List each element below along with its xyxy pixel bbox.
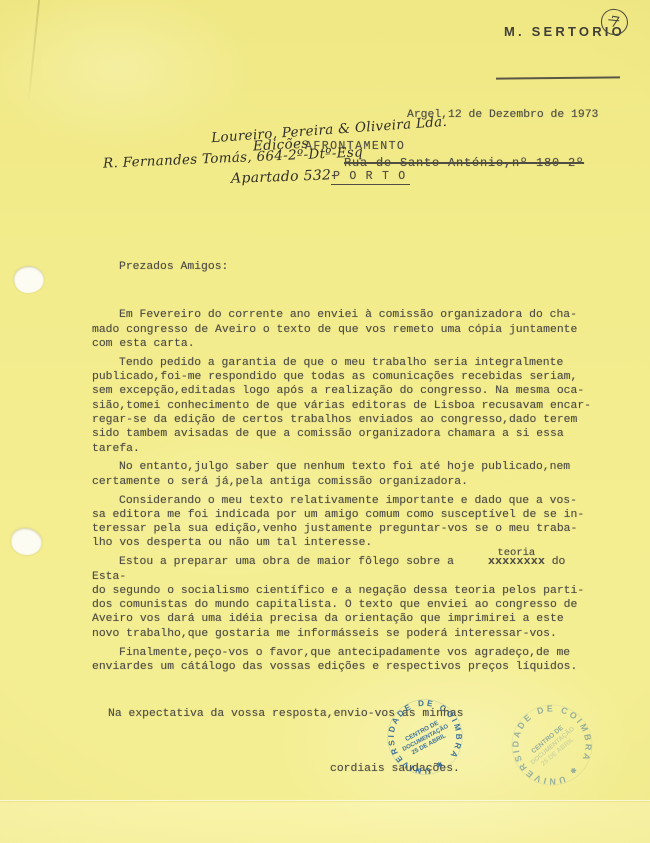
letter-line: sido tambem avisadas de que a comissão o… [92,427,594,441]
letter-paragraph: Estou a preparar uma obra de maior fôleg… [92,555,594,641]
letter-line: Aveiro vos dará uma idéia precisa da ori… [92,612,594,626]
punch-hole-top [12,264,45,295]
typed-overstrike-correction: teoriaxxxxxxxx [461,555,545,569]
letter-line: Estou a preparar uma obra de maior fôleg… [92,555,594,584]
letter-line: sa editora me foi indicada por um amigo … [92,508,594,522]
letter-line: dos comunistas do mundo capitalista. O t… [92,598,594,612]
letter-paragraph: Finalmente,peço-vos o favor,que antecipa… [92,646,594,675]
letter-line: Considerando o meu texto relativamente i… [92,494,594,508]
letter-line: Tendo pedido a garantia de que o meu tra… [92,356,594,370]
letter-line: novo trabalho,que gostaria me informásse… [92,627,594,641]
page-number: 7 [608,12,621,31]
letter-paragraph: No entanto,julgo saber que nenhum texto … [92,460,594,489]
letter-line: sem excepção,editadas logo após a realiz… [92,384,594,398]
letter-line: do segundo o socialismo científico e a n… [92,584,594,598]
paper-crease-diagonal [27,0,40,104]
letter-paragraphs: Em Fevereiro do corrente ano enviei à co… [92,308,594,674]
stamp-star-icon: ✱ [569,766,579,776]
city-underlined: P O R T O [331,170,410,185]
salutation: Prezados Amigos: [92,260,594,274]
letter-line: certamente o será já,pela antiga comissã… [92,475,594,489]
letter-line: tarefa. [92,442,594,456]
letter-line: regar-se da edição de certos trabalhos e… [92,413,594,427]
letter-line: publicado,foi-me respondido que todas as… [92,370,594,384]
letter-line: Em Fevereiro do corrente ano enviei à co… [92,308,594,322]
punch-hole-bottom [10,527,43,557]
coimbra-archive-stamp-faded: UNIVERSIDADE DE COIMBRA CENTRO DE DOCUME… [508,701,596,789]
letter-line: No entanto,julgo saber que nenhum texto … [92,460,594,474]
letter-line: Finalmente,peço-vos o favor,que antecipa… [92,646,594,660]
stamp-star-icon: ✱ [436,760,445,770]
header-underline [496,76,620,79]
letter-line: enviardes um cátálogo das vossas edições… [92,660,594,674]
letter-line: sião,tomei conhecimento de que várias ed… [92,399,594,413]
handwritten-po-box: Apartado 532- [231,167,337,187]
letter-line: teressar pela sua edição,venho justament… [92,522,594,536]
letter-paragraph: Em Fevereiro do corrente ano enviei à co… [92,308,594,351]
letter-paragraph: Tendo pedido a garantia de que o meu tra… [92,356,594,456]
letter-line: com esta carta. [92,337,594,351]
letter-line: mado congresso de Aveiro o texto de que … [92,323,594,337]
letter-paragraph: Considerando o meu texto relativamente i… [92,494,594,551]
old-address-crossed-out: Rua de Santo António,nº 180-2º [344,156,584,170]
coimbra-archive-stamp: UNIVERSIDADE DE COIMBRA CENTRO DE DOCUME… [384,696,466,778]
scanned-letter-page: M. SERTORIO 7 Argel,12 de Dezembro de 19… [0,0,650,843]
